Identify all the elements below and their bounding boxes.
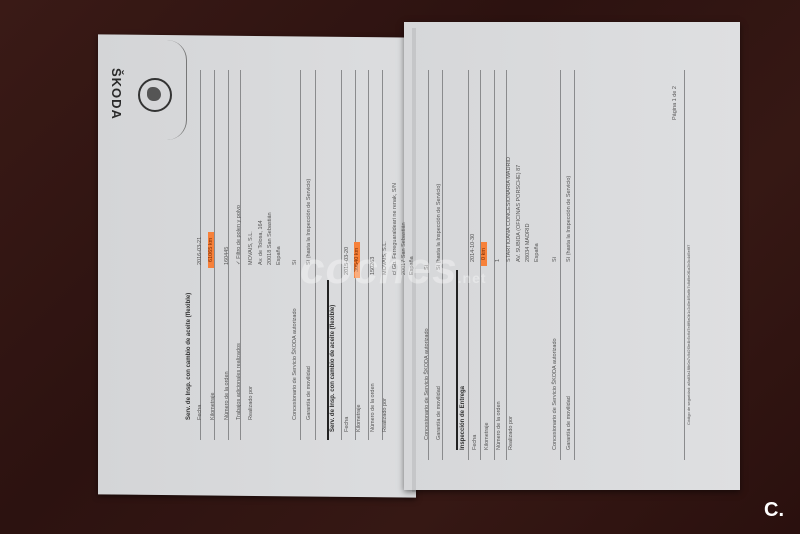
dealer-confirmation-label: Concesionario de Servicio ŠKODA autoriza… bbox=[292, 308, 298, 420]
watermark-suffix: .net bbox=[458, 270, 487, 286]
mobility-value: Sí (hasta la Inspección de Servicio) bbox=[566, 176, 572, 262]
row-label: Realizado por bbox=[508, 416, 514, 450]
row-label: Fecha bbox=[472, 435, 478, 450]
rule bbox=[574, 70, 575, 460]
row-label: Número de la orden bbox=[224, 371, 230, 420]
row-label: Kilometraje bbox=[484, 422, 490, 450]
address-line: AV. SUBIDA (OFICINAS PORSCHE) 87 bbox=[516, 165, 522, 262]
address-line: España bbox=[534, 243, 540, 262]
row-value: 160445 bbox=[224, 247, 230, 265]
rule bbox=[684, 70, 685, 460]
row-value: ✓ Filtro de polen y polvo bbox=[236, 205, 242, 265]
footer-security-code: Código de seguridad: a8a83a1f8b0a7c9d2f3… bbox=[686, 245, 691, 425]
site-logo: C. bbox=[764, 499, 784, 522]
watermark: coches.net bbox=[300, 244, 487, 294]
row-label: Realizado por bbox=[382, 398, 388, 432]
section-divider bbox=[327, 280, 329, 440]
brand-name: ŠKODA bbox=[109, 68, 124, 120]
row-value: 2016-03-21 bbox=[197, 237, 203, 265]
address-line: Av. de Tolosa, 164 bbox=[258, 220, 264, 265]
address-line: 28034 MADRID bbox=[525, 223, 531, 262]
row-value: STARTIOANA CONCESIONARIA MADRID bbox=[506, 157, 512, 262]
row-label: Trabajos adicionales realizados bbox=[236, 343, 242, 420]
dealer-confirmation-label: Concesionario de Servicio ŠKODA autoriza… bbox=[552, 338, 558, 450]
rule bbox=[214, 70, 215, 440]
rule bbox=[506, 70, 507, 460]
mobility-label: Garantía de movilidad bbox=[306, 366, 312, 420]
row-label: Fecha bbox=[197, 405, 203, 420]
mobility-label: Garantía de movilidad bbox=[566, 396, 572, 450]
section3-title: Inspección de Entrega bbox=[460, 386, 466, 450]
dealer-confirmation-value: Sí bbox=[292, 260, 298, 265]
page-number: Página 1 de 2 bbox=[672, 86, 678, 120]
row-value: 1 bbox=[495, 259, 501, 262]
rule bbox=[494, 70, 495, 460]
section1-title: Serv. de Insp. con cambio de aceite (fle… bbox=[186, 293, 192, 420]
row-value: MOVAIS, S.L. bbox=[248, 231, 254, 265]
dealer-confirmation-value: Sí bbox=[552, 257, 558, 262]
section-divider bbox=[456, 270, 458, 450]
row-label: Fecha bbox=[344, 417, 350, 432]
row-label: Número de la orden bbox=[496, 401, 502, 450]
row-label: Kilometraje bbox=[210, 392, 216, 420]
address-line: 20018 San Sebastián bbox=[267, 212, 273, 265]
mobility-label: Garantía de movilidad bbox=[436, 386, 442, 440]
rule bbox=[560, 70, 561, 460]
dealer-confirmation-label: Concesionario de Servicio ŠKODA autoriza… bbox=[424, 328, 430, 440]
watermark-main: coches bbox=[300, 244, 458, 293]
section2-title: Serv. de Insp. con cambio de aceite (fle… bbox=[330, 305, 336, 432]
row-label: Kilometraje bbox=[356, 404, 362, 432]
mileage-highlight: 61065 km bbox=[208, 232, 214, 268]
row-label: Número de la orden bbox=[370, 383, 376, 432]
address-line: España bbox=[276, 246, 282, 265]
row-label: Realizado por bbox=[248, 386, 254, 420]
skoda-emblem-icon bbox=[138, 78, 172, 112]
